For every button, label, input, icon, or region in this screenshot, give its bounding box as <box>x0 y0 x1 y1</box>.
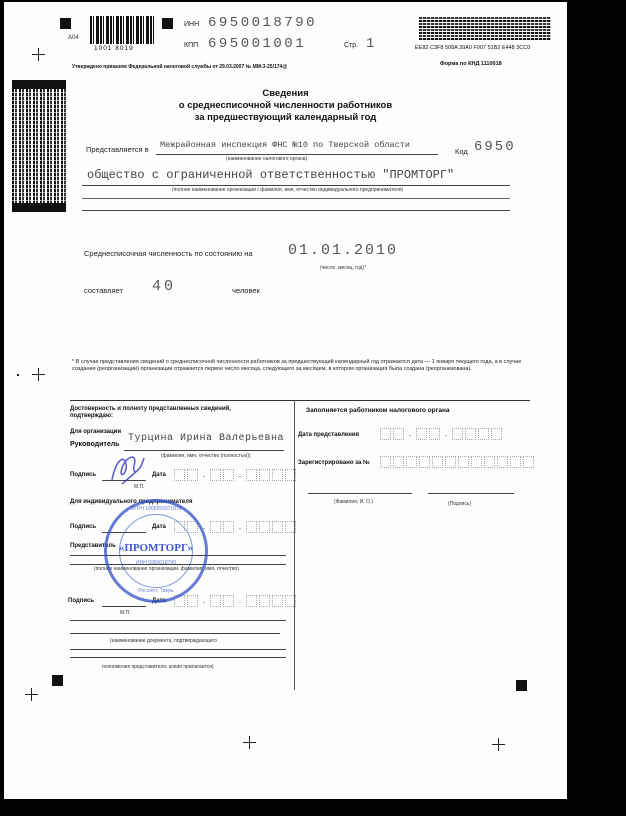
headcount-date-label: Среднесписочная численность по состоянию… <box>84 249 253 258</box>
date-label: Дата <box>152 472 166 478</box>
approval-note: Утверждено приказом Федеральной налогово… <box>72 64 287 70</box>
stamp-ring-text: ОГРН 1066950071879 <box>109 506 203 512</box>
submission-date-label: Дата представления <box>298 432 359 438</box>
crosshair-mark <box>492 738 505 751</box>
doc-title-line2: о среднесписочной численности работников <box>4 100 567 112</box>
stamp-city: Россия г. Тверь <box>107 588 205 594</box>
tax-form-page: A04 1001 8019 ИНН 6950018790 КПП 6950010… <box>4 2 567 799</box>
page-number: 1 <box>366 36 374 52</box>
doc-title-line1: Сведения <box>4 88 567 100</box>
stamp-inn: ИНН 6950018790 <box>107 560 205 566</box>
head-name-field[interactable]: Турцина Ирина Валерьевна <box>128 433 284 444</box>
doc-title-line3: за предшествующий календарный год <box>4 112 567 124</box>
company-seal-stamp: ОГРН 1066950071879 «ПРОМТОРГ» ИНН 695001… <box>104 499 208 603</box>
registration-square-bottom-right <box>516 680 527 691</box>
form-code: Форма по КНД 1110018 <box>440 61 502 67</box>
confirmation-heading: Достоверность и полноту представленных с… <box>70 406 270 420</box>
organization-caption: (полное наименование организации / фамил… <box>172 187 403 193</box>
barcode-hex-code: EE82 C3F8 508A 39A0 F007 51B2 E448 3CC0 <box>415 45 530 51</box>
barcode-label: A04 <box>68 35 79 41</box>
kpp-value: 695001001 <box>208 36 306 52</box>
rep-mp-label: М.П. <box>120 610 131 616</box>
headcount-date-field[interactable]: 01.01.2010 <box>288 242 398 259</box>
tax-office-code[interactable]: 6950 <box>474 139 516 155</box>
ip-signature-label: Подпись <box>70 524 96 530</box>
date-caption: (число, месяц, год)* <box>320 265 366 271</box>
tax-office-caption: (наименование налогового органа) <box>226 156 307 162</box>
page-label: Стр. <box>344 42 358 49</box>
registration-number-label: Зарегистрировано за № <box>298 460 370 466</box>
name-caption: (фамилия, имя, отчество (полностью)) <box>161 453 251 459</box>
mp-label: М.П. <box>134 484 145 490</box>
crosshair-mark <box>32 48 45 61</box>
crosshair-mark <box>32 368 45 381</box>
registration-square-top-left <box>60 18 71 29</box>
doc-caption-2: полномочия представителя, копия прилагае… <box>102 664 214 670</box>
handwritten-signature <box>104 450 154 490</box>
registration-square-top-mid <box>162 18 173 29</box>
signature-caption: (Подпись) <box>448 501 471 507</box>
linear-barcode <box>90 16 154 44</box>
kpp-label: КПП <box>184 42 198 49</box>
submission-date-cells[interactable]: . . <box>380 428 502 440</box>
inn-label: ИНН <box>184 21 199 28</box>
crosshair-mark <box>243 736 256 749</box>
tax-office-field[interactable]: Межрайонная инспекция ФНС №10 по Тверско… <box>160 140 410 150</box>
registration-square-bottom-left <box>52 675 63 686</box>
code-label: Код <box>455 147 468 156</box>
doc-caption: (наименование документа, подтверждающего <box>110 638 217 644</box>
stamp-company-name: «ПРОМТОРГ» <box>107 542 205 554</box>
registration-number-cells[interactable] <box>380 456 534 468</box>
dot-mark <box>17 374 19 376</box>
inn-value: 6950018790 <box>208 15 317 31</box>
column-divider <box>294 400 295 690</box>
amount-label: составляет <box>84 286 123 295</box>
org-label: Для организации <box>70 429 121 435</box>
unit-label: человек <box>232 286 260 295</box>
signature-date-cells[interactable]: . . <box>174 469 296 481</box>
footnote: * В случае представления сведений о сред… <box>72 359 530 373</box>
tax-office-heading: Заполняется работником налогового органа <box>306 407 450 414</box>
head-label: Руководитель <box>70 441 119 448</box>
submitted-to-label: Представляется в <box>86 145 149 154</box>
organization-name-field[interactable]: общество с ограниченной ответственностью… <box>87 168 454 182</box>
rep-signature-label: Подпись <box>68 598 94 604</box>
fio-caption: (Фамилия, И. О.) <box>334 499 373 505</box>
crosshair-mark <box>25 688 38 701</box>
rep-date-cells[interactable]: . . <box>174 595 296 607</box>
pdf417-barcode <box>419 16 551 40</box>
signature-label: Подпись <box>70 472 96 478</box>
barcode-number: 1001 8019 <box>94 45 134 52</box>
headcount-amount-field[interactable]: 40 <box>152 278 176 295</box>
